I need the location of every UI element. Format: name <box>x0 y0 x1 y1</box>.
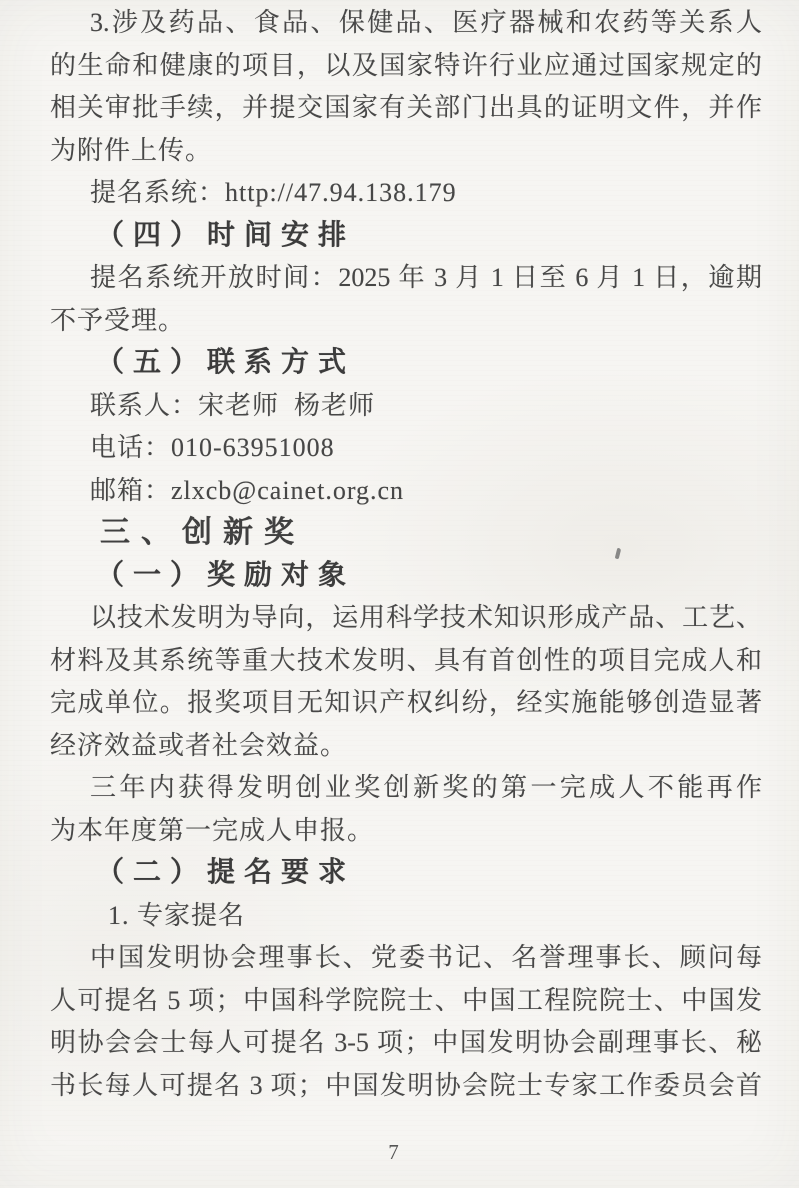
text-line: 相关审批手续，并提交国家有关部门出具的证明文件，并作 <box>50 87 762 130</box>
text-line: 明协会会士每人可提名 3-5 项；中国发明协会副理事长、秘 <box>50 1022 762 1065</box>
heading-line: （二）提名要求 <box>50 852 762 895</box>
text-line: 提名系统：http://47.94.138.179 <box>50 172 762 215</box>
heading-line: （五）联系方式 <box>50 342 762 385</box>
text-line: 中国发明协会理事长、党委书记、名誉理事长、顾问每 <box>50 937 762 980</box>
heading-line: （一）奖励对象 <box>50 555 762 598</box>
text-line: 联系人：宋老师 杨老师 <box>50 385 762 428</box>
document-body: 3.涉及药品、食品、保健品、医疗器械和农药等关系人的生命和健康的项目，以及国家特… <box>50 2 762 1107</box>
text-line: 人可提名 5 项；中国科学院院士、中国工程院院士、中国发 <box>50 980 762 1023</box>
text-line: 3.涉及药品、食品、保健品、医疗器械和农药等关系人 <box>50 2 762 45</box>
text-line: 电话：010-63951008 <box>50 427 762 470</box>
text-line: 不予受理。 <box>50 300 762 343</box>
text-line: 为本年度第一完成人申报。 <box>50 810 762 853</box>
scanned-document-page: { "page": { "background_color": "#f6f5f2… <box>0 0 799 1188</box>
text-line: 邮箱：zlxcb@cainet.org.cn <box>50 470 762 513</box>
text-line: 1. 专家提名 <box>50 895 762 938</box>
text-line: 为附件上传。 <box>50 130 762 173</box>
text-line: 以技术发明为导向，运用科学技术知识形成产品、工艺、 <box>50 597 762 640</box>
text-line: 三年内获得发明创业奖创新奖的第一完成人不能再作 <box>50 767 762 810</box>
text-line: 书长每人可提名 3 项；中国发明协会院士专家工作委员会首 <box>50 1065 762 1108</box>
text-line: 完成单位。报奖项目无知识产权纠纷，经实施能够创造显著 <box>50 682 762 725</box>
text-line: 材料及其系统等重大技术发明、具有首创性的项目完成人和 <box>50 640 762 683</box>
text-line: 的生命和健康的项目，以及国家特许行业应通过国家规定的 <box>50 45 762 88</box>
heading-line: 三、创新奖 <box>50 512 762 555</box>
text-line: 经济效益或者社会效益。 <box>50 725 762 768</box>
text-line: 提名系统开放时间：2025 年 3 月 1 日至 6 月 1 日，逾期 <box>50 257 762 300</box>
heading-line: （四）时间安排 <box>50 215 762 258</box>
page-number: 7 <box>0 1140 787 1165</box>
